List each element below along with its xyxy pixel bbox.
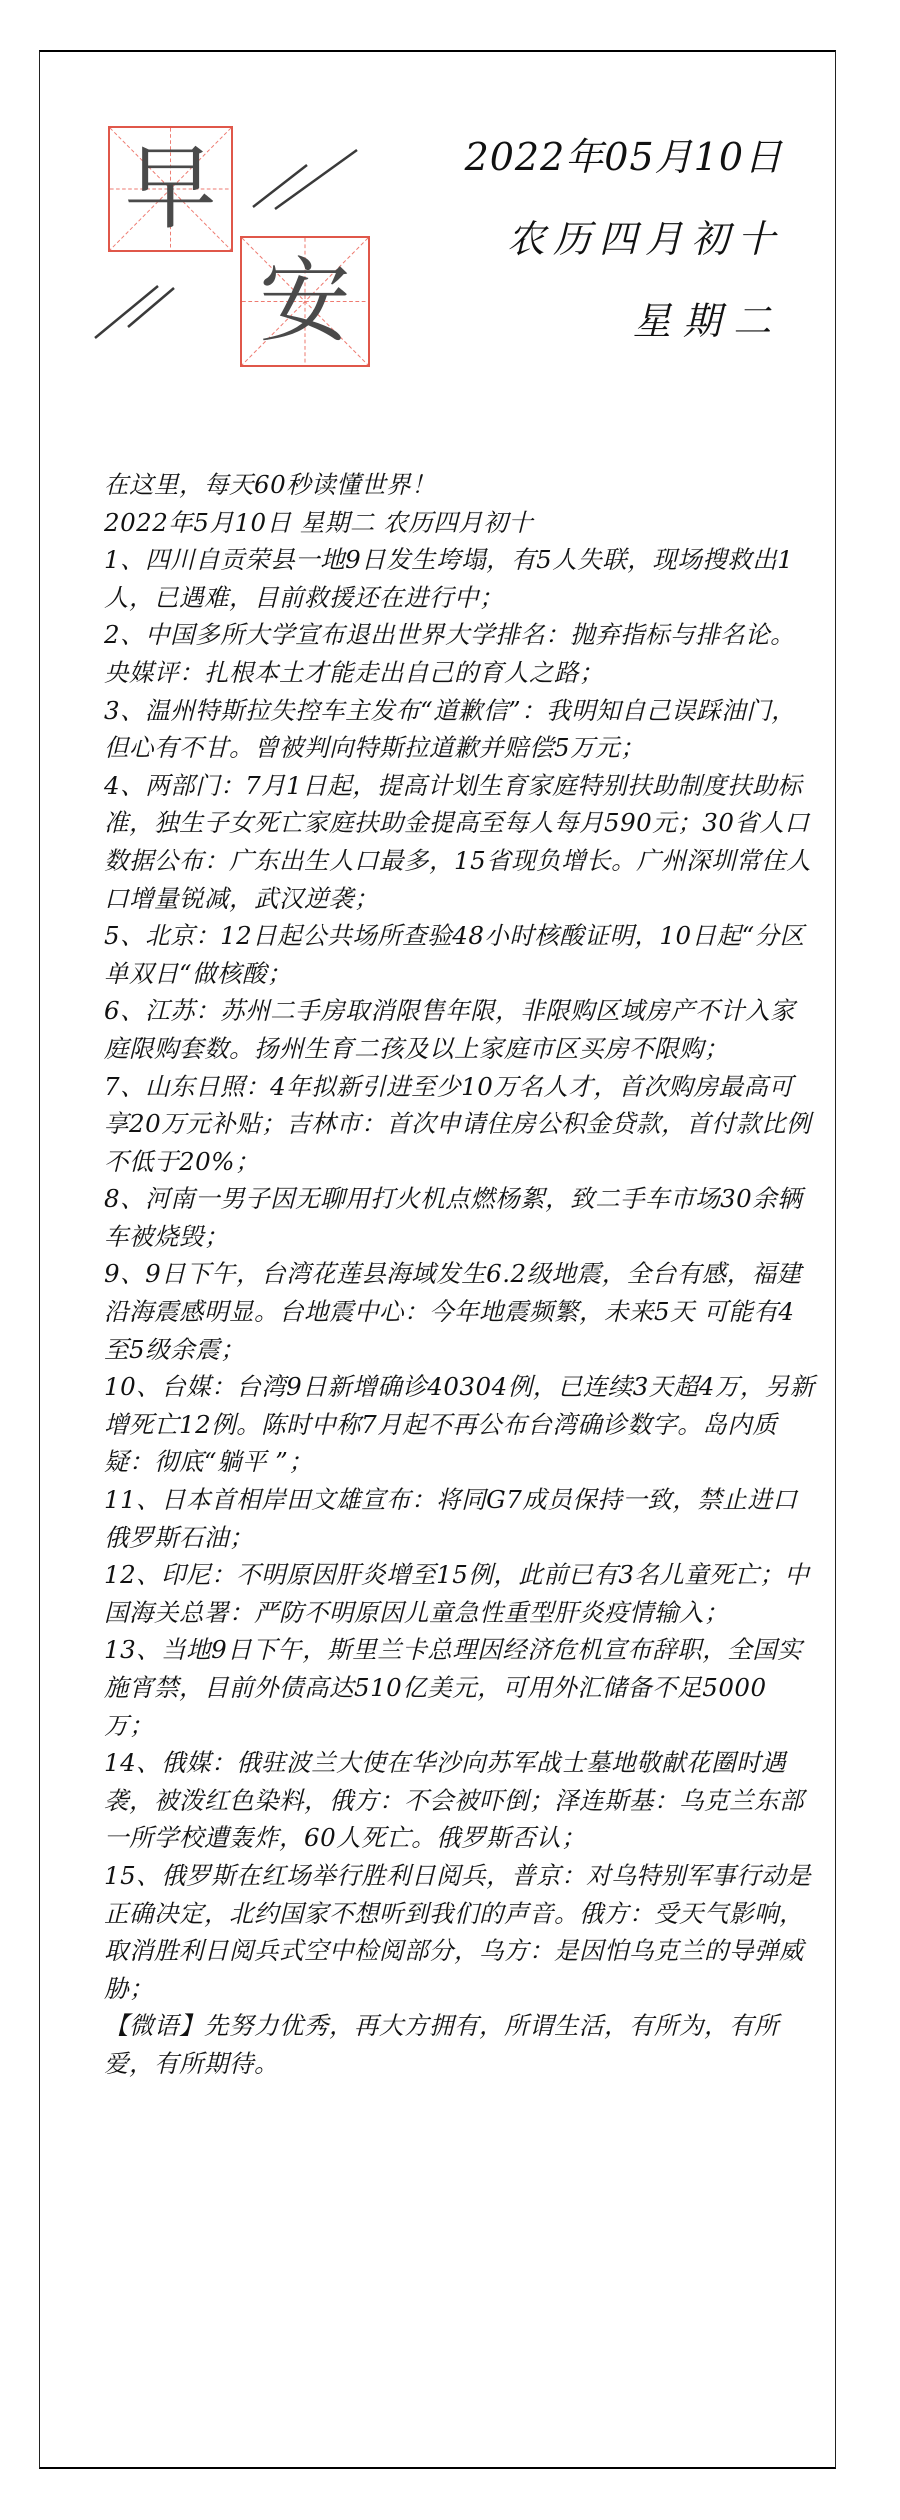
- greeting-char-an: 安: [242, 238, 368, 365]
- news-item-3: 3、温州特斯拉失控车主发布“道歉信”：我明知自己误踩油门，但心有不甘。曾被判向特…: [104, 692, 816, 767]
- greeting-char-zao: 早: [110, 128, 231, 250]
- news-item-9: 9、9日下午，台湾花莲县海域发生6.2级地震，全台有感，福建沿海震感明显。台地震…: [104, 1255, 816, 1368]
- greeting-box-zao: 早: [108, 126, 233, 252]
- news-item-4: 4、两部门：7月1日起，提高计划生育家庭特别扶助制度扶助标准，独生子女死亡家庭扶…: [104, 767, 816, 917]
- news-item-2: 2、中国多所大学宣布退出世界大学排名：抛弃指标与排名论。央媒评：扎根本土才能走出…: [104, 616, 816, 691]
- dateline: 2022年5月10日 星期二 农历四月初十: [104, 504, 816, 542]
- news-item-7: 7、山东日照：4年拟新引进至少10万名人才，首次购房最高可享20万元补贴；吉林市…: [104, 1068, 816, 1181]
- date-weekday: 星期二: [465, 302, 783, 340]
- date-lunar: 农历四月初十: [465, 220, 783, 258]
- news-body: 在这里，每天60秒读懂世界！ 2022年5月10日 星期二 农历四月初十 1、四…: [104, 466, 816, 2083]
- double-slash-lower-icon: [90, 265, 180, 345]
- news-item-11: 11、日本首相岸田文雄宣布：将同G7成员保持一致，禁止进口俄罗斯石油；: [104, 1481, 816, 1556]
- news-item-10: 10、台媒：台湾9日新增确诊40304例，已连续3天超4万，另新增死亡12例。陈…: [104, 1368, 816, 1481]
- news-item-12: 12、印尼：不明原因肝炎增至15例，此前已有3名儿童死亡；中国海关总署：严防不明…: [104, 1556, 816, 1631]
- news-item-1: 1、四川自贡荣县一地9日发生垮塌，有5人失联，现场搜救出1人，已遇难，目前救援还…: [104, 541, 816, 616]
- news-item-5: 5、北京：12日起公共场所查验48小时核酸证明，10日起“分区单双日“做核酸；: [104, 917, 816, 992]
- daily-quote: 【微语】先努力优秀，再大方拥有，所谓生活，有所为，有所爱，有所期待。: [104, 2007, 816, 2082]
- date-gregorian: 2022年05月10日: [465, 138, 783, 176]
- news-item-8: 8、河南一男子因无聊用打火机点燃杨絮，致二手车市场30余辆车被烧毁；: [104, 1180, 816, 1255]
- news-item-14: 14、俄媒：俄驻波兰大使在华沙向苏军战士墓地敬献花圈时遇袭，被泼红色染料，俄方：…: [104, 1744, 816, 1857]
- date-block: 2022年05月10日 农历四月初十 星期二: [465, 138, 783, 340]
- intro-line: 在这里，每天60秒读懂世界！: [104, 466, 816, 504]
- news-item-15: 15、俄罗斯在红场举行胜利日阅兵，普京：对乌特别军事行动是正确决定，北约国家不想…: [104, 1857, 816, 2007]
- news-item-13: 13、当地9日下午，斯里兰卡总理因经济危机宣布辞职，全国实施宵禁，目前外债高达5…: [104, 1631, 816, 1744]
- news-item-6: 6、江苏：苏州二手房取消限售年限，非限购区域房产不计入家庭限购套数。扬州生育二孩…: [104, 992, 816, 1067]
- greeting-box-an: 安: [240, 236, 370, 367]
- double-slash-upper-icon: [245, 145, 370, 215]
